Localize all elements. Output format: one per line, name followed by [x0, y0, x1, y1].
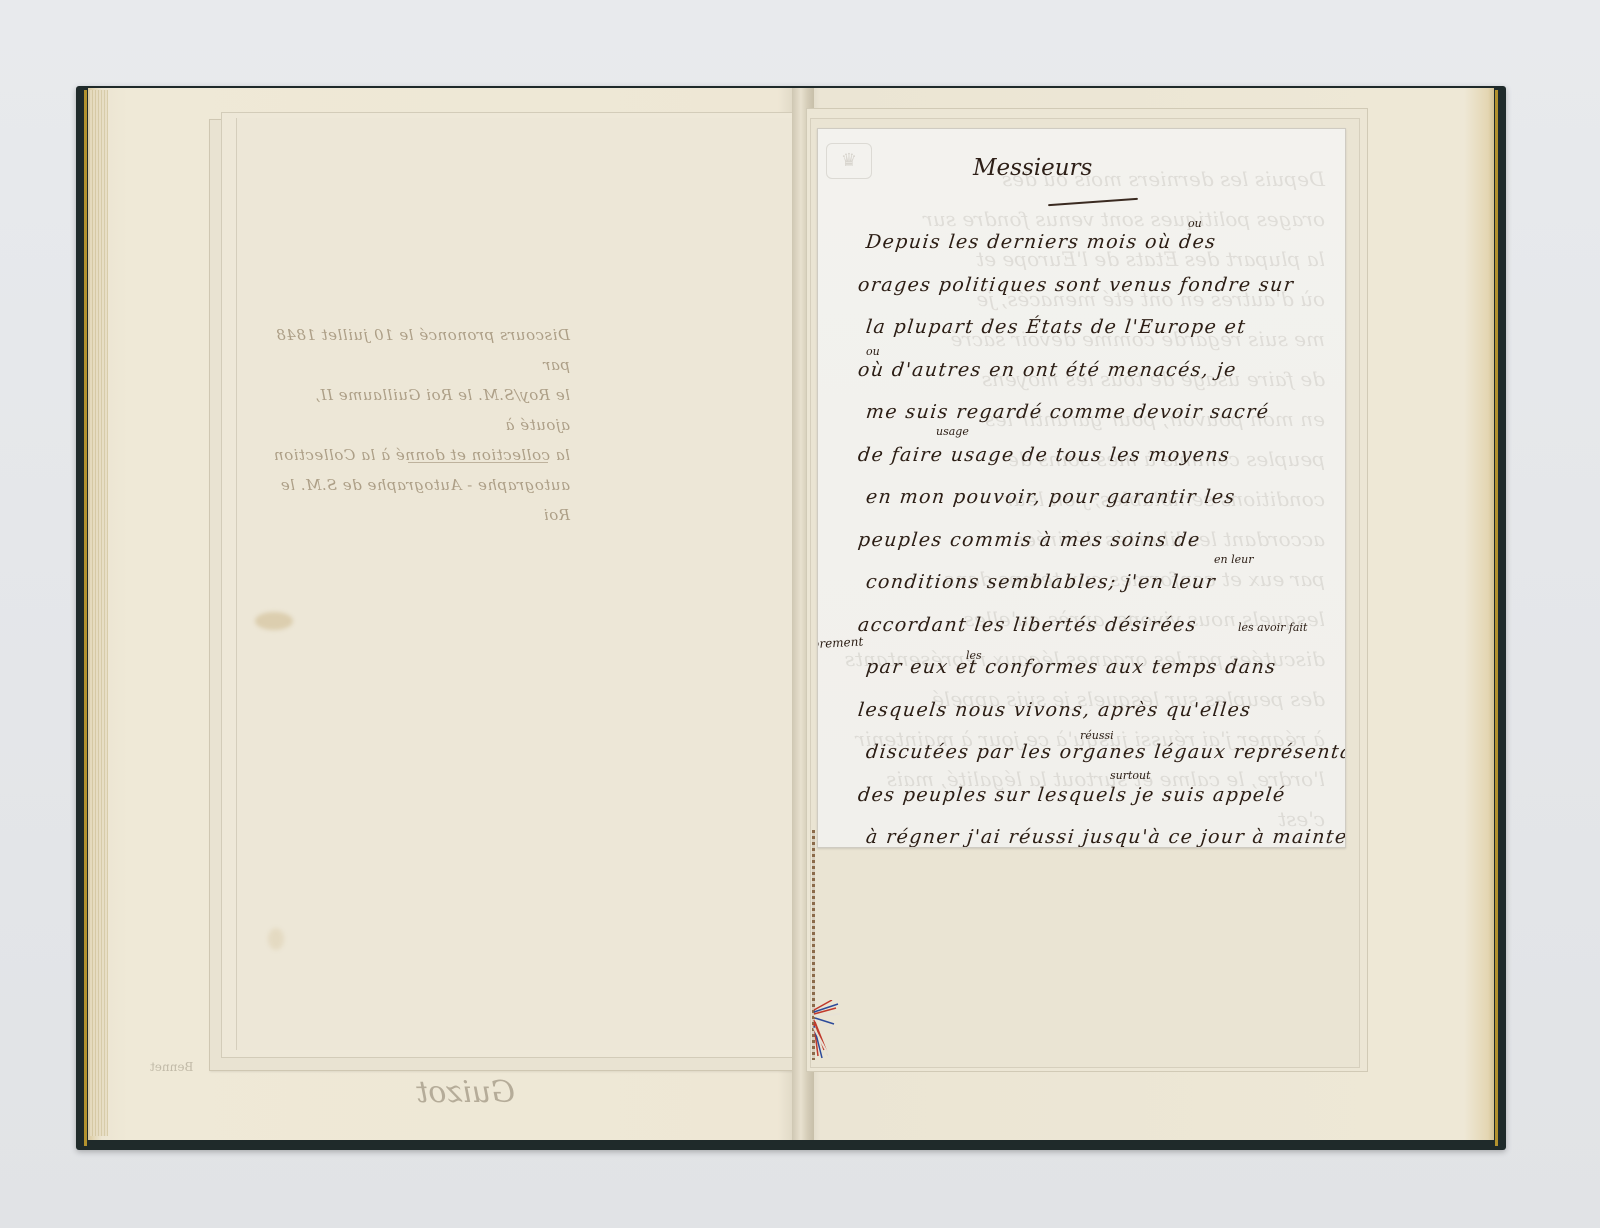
letter-line: conditions semblables; j'en leur: [856, 561, 1340, 604]
letter-line: par eux et conformes aux temps dans: [856, 646, 1340, 689]
show-through-line: autographe - Autographe de S.M. le Roi: [270, 470, 570, 530]
show-through-signature: Guizot: [335, 1075, 515, 1110]
letter-line: des peuples sur lesquels je suis appelé: [856, 774, 1340, 817]
autograph-letter: Depuis les derniers mois où des orages p…: [817, 128, 1346, 848]
letter-line: peuples commis à mes soins de: [856, 519, 1340, 562]
letter-salutation: Messieurs: [973, 155, 1092, 181]
letter-line: accordant les libertés désirées: [856, 604, 1340, 647]
letter-body: Depuis les derniers mois où des orages p…: [858, 221, 1338, 848]
show-through-line: le Roy/S.M. le Roi Guillaume II, ajouté …: [270, 380, 570, 440]
foxing-stain: [255, 612, 293, 630]
letter-line: en mon pouvoir, pour garantir les: [856, 476, 1340, 519]
letter-line: la plupart des États de l'Europe et: [856, 306, 1340, 349]
show-through-stamp: Bennet: [150, 1060, 193, 1074]
letter-line: me suis regardé comme devoir sacré: [856, 391, 1340, 434]
foxing-stain: [268, 928, 284, 950]
letter-line: où d'autres en ont été menacés, je: [856, 349, 1340, 392]
bookmark-tassel-icon: [812, 1000, 842, 1060]
letter-line: discutées par les organes légaux représe…: [856, 731, 1340, 774]
letter-line: lesquels nous vivons, après qu'elles: [856, 689, 1340, 732]
show-through-text: Discours prononcé le 10 juillet 1848 par…: [270, 320, 570, 530]
margin-note: librement: [817, 634, 864, 651]
show-through-rule: [408, 462, 548, 463]
letter-line: Depuis les derniers mois où des: [856, 221, 1340, 264]
letter-line: de faire usage de tous les moyens: [856, 434, 1340, 477]
letter-line: à régner j'ai réussi jusqu'à ce jour à m…: [856, 816, 1340, 848]
show-through-line: Discours prononcé le 10 juillet 1848 par: [270, 320, 570, 380]
letter-line: orages politiques sont venus fondre sur: [856, 264, 1340, 307]
left-mount-sheet-inner: [236, 118, 793, 1050]
gilt-edge-right: [1495, 90, 1498, 1146]
crown-emboss-icon: ♛: [826, 143, 872, 179]
gilt-edge-left: [84, 90, 87, 1146]
salutation-underline: [1048, 198, 1138, 206]
show-through-line: la collection et donné à la Collection: [270, 440, 570, 470]
page-edge-stack: [90, 90, 108, 1136]
